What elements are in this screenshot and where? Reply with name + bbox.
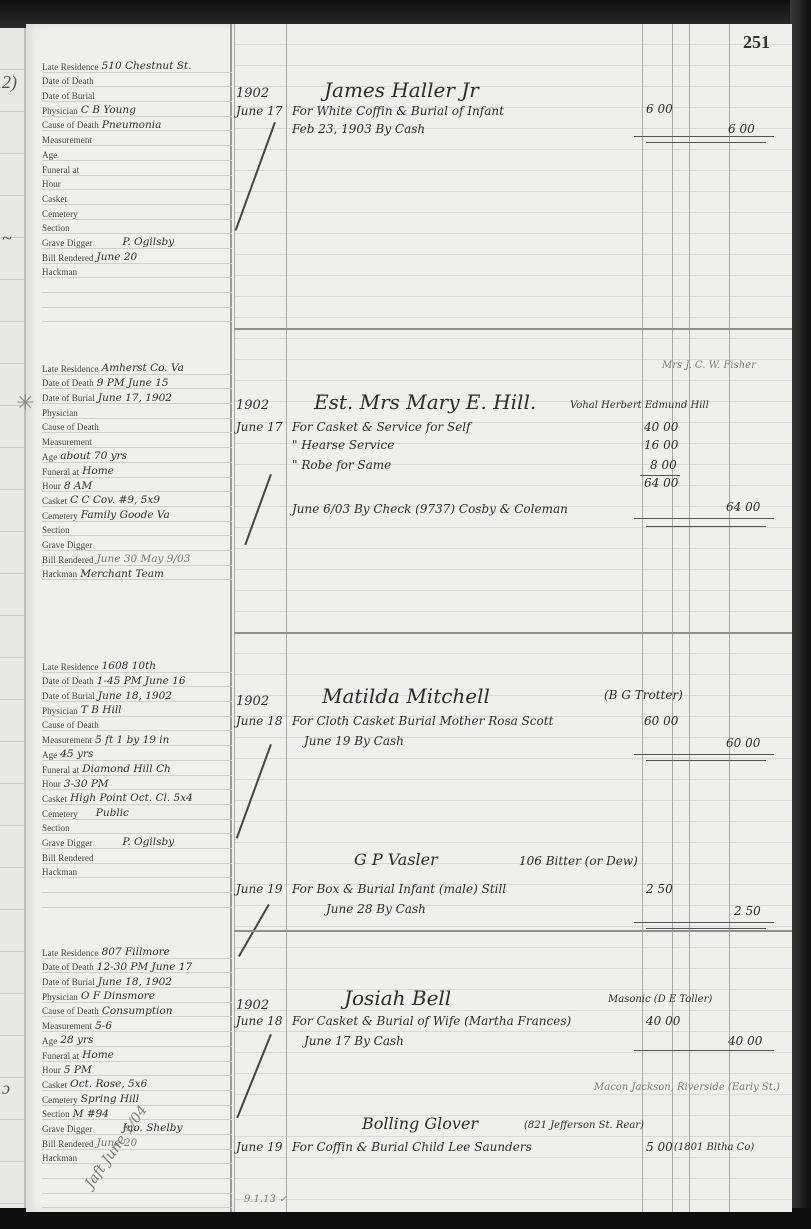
entry-credit: 6 00	[728, 122, 755, 136]
form-row-age: Age45 yrs	[42, 746, 232, 761]
date-column-rule	[234, 24, 235, 1212]
form-row-bill-rendered: Bill Rendered	[42, 849, 232, 864]
entry-annotation: (821 Jefferson St. Rear)	[524, 1120, 644, 1131]
entry-name: Matilda Mitchell	[322, 684, 490, 708]
form-row-age: Age	[42, 146, 232, 161]
entry-annotation: Masonic (D E Toller)	[608, 994, 712, 1005]
form-row-cemetery: CemeteryPublic	[42, 805, 232, 820]
entry-date: June 19	[236, 882, 282, 896]
entry-debit: 2 50	[646, 882, 673, 896]
entry-name: James Haller Jr	[324, 78, 479, 102]
entry-year: 1902	[236, 86, 269, 101]
entry-line-text: June 17 By Cash	[304, 1034, 404, 1048]
blank-row	[42, 278, 232, 293]
blank-row	[42, 1194, 232, 1209]
form-row-late-residence: Late Residence807 Fillmore	[42, 944, 232, 959]
form-row-hackman: HackmanMerchant Team	[42, 566, 232, 581]
prev-page-mark: ɔ	[2, 1078, 10, 1099]
form-row-date-of-death: Date of Death12-30 PM June 17	[42, 959, 232, 974]
form-row-cemetery: CemeteryFamily Goode Va	[42, 507, 232, 522]
paid-slash-mark	[235, 122, 276, 231]
entry-date: June 17	[236, 420, 282, 434]
form-row-grave-digger: Grave DiggerP. Ogilsby	[42, 834, 232, 849]
record-divider	[234, 930, 792, 932]
form-row-bill-rendered: Bill RenderedJune 20	[42, 1135, 232, 1150]
entry-name: G P Vasler	[354, 850, 438, 869]
form-row-measurement: Measurement	[42, 131, 232, 146]
entry-debit: 16 00	[644, 438, 678, 452]
form-row-cause-of-death: Cause of DeathConsumption	[42, 1003, 232, 1018]
form-row-date-of-burial: Date of BurialJune 18, 1902	[42, 973, 232, 988]
blank-row	[42, 293, 232, 308]
form-row-date-of-death: Date of Death1-45 PM June 16	[42, 673, 232, 688]
form-row-age: Ageabout 70 yrs	[42, 448, 232, 463]
balance-rule	[634, 1050, 774, 1051]
entry-annotation: Vohal Herbert Edmund Hill	[570, 400, 709, 411]
entry-debit: 60 00	[644, 714, 678, 728]
blank-row	[42, 893, 232, 908]
entry-credit-note: (1801 Bltha Co)	[674, 1142, 754, 1153]
record-form-2: Late ResidenceAmherst Co. Va Date of Dea…	[42, 360, 232, 580]
entry-debit: 40 00	[644, 420, 678, 434]
form-row-hackman: Hackman	[42, 264, 232, 279]
entry-line-text: For White Coffin & Burial of Infant	[292, 104, 504, 118]
form-row-casket: CasketC C Cov. #9, 5x9	[42, 492, 232, 507]
entry-line-text: Feb 23, 1903 By Cash	[292, 122, 425, 136]
prev-page-mark: 2)	[2, 72, 17, 93]
balance-rule	[646, 526, 766, 527]
entry-debit: 40 00	[646, 1014, 680, 1028]
entry-line-text: June 28 By Cash	[326, 902, 426, 916]
form-row-bill-rendered: Bill RenderedJune 30 May 9/03	[42, 551, 232, 566]
form-row-physician: PhysicianO F Dinsmore	[42, 988, 232, 1003]
entry-subtotal: 64 00	[644, 476, 678, 490]
blank-row	[42, 1164, 232, 1179]
entry-annotation: (B G Trotter)	[604, 688, 683, 702]
record-divider	[234, 328, 792, 330]
form-row-casket: Casket	[42, 190, 232, 205]
prev-page-mark: ~	[2, 228, 12, 249]
form-row-bill-rendered: Bill RenderedJune 20	[42, 249, 232, 264]
entry-line-text: For Casket & Service for Self	[292, 420, 471, 434]
record-forms-column: Late Residence510 Chestnut St. Date of D…	[26, 24, 232, 1212]
form-row-cause-of-death: Cause of Death	[42, 717, 232, 732]
entry-debit: 6 00	[646, 102, 673, 116]
pin-mark-icon: ✳	[16, 390, 34, 416]
entry-annotation-top: Macon Jackson, Riverside (Early St.)	[594, 1082, 780, 1093]
form-row-hackman: Hackman	[42, 864, 232, 879]
form-row-hackman: Hackman	[42, 1150, 232, 1165]
entry-debit: 5 00	[646, 1140, 673, 1154]
form-row-late-residence: Late ResidenceAmherst Co. Va	[42, 360, 232, 375]
blank-row	[42, 308, 232, 323]
record-form-3: Late Residence1608 10th Date of Death1-4…	[42, 658, 232, 908]
form-row-physician: PhysicianT B Hill	[42, 702, 232, 717]
entry-credit: 2 50	[734, 904, 761, 918]
form-row-date-of-burial: Date of Burial	[42, 87, 232, 102]
form-row-measurement: Measurement5-6	[42, 1017, 232, 1032]
entry-line-text: For Coffin & Burial Child Lee Saunders	[292, 1140, 532, 1154]
entry-annotation-top: Mrs J. C. W. Fisher	[662, 360, 756, 371]
entry-year: 1902	[236, 694, 269, 709]
balance-rule	[634, 754, 774, 755]
form-row-funeral-at: Funeral atHome	[42, 1047, 232, 1062]
entry-date: June 18	[236, 714, 282, 728]
debit-cents-rule	[672, 24, 673, 1212]
form-row-grave-digger: Grave Digger	[42, 536, 232, 551]
record-divider	[234, 632, 792, 634]
form-row-hour: Hour8 AM	[42, 478, 232, 493]
entry-year: 1902	[236, 998, 269, 1013]
blank-row	[42, 878, 232, 893]
description-column-rule	[286, 24, 287, 1212]
entry-line-text: For Box & Burial Infant (male) Still	[292, 882, 506, 896]
form-row-casket: CasketOct. Rose, 5x6	[42, 1076, 232, 1091]
balance-rule	[634, 922, 774, 923]
form-row-casket: CasketHigh Point Oct. Cl. 5x4	[42, 790, 232, 805]
debit-column-rule	[642, 24, 643, 1212]
form-row-funeral-at: Funeral atHome	[42, 463, 232, 478]
balance-rule	[634, 518, 774, 519]
entry-line-text: " Hearse Service	[292, 438, 394, 452]
form-row-grave-digger: Grave DiggerP. Ogilsby	[42, 234, 232, 249]
entry-credit: 40 00	[728, 1034, 762, 1048]
book-right-edge	[790, 0, 811, 1229]
form-row-physician: Physician	[42, 404, 232, 419]
entry-date: June 19	[236, 1140, 282, 1154]
ledger-accounts: 1902 James Haller Jr June 17 For White C…	[234, 24, 792, 1212]
entry-line-text: " Robe for Same	[292, 458, 391, 472]
paid-slash-mark	[244, 474, 272, 545]
page-number: 251	[743, 32, 770, 53]
record-form-4: Late Residence807 Fillmore Date of Death…	[42, 944, 232, 1208]
footer-check-note: 9.1.13 ✓	[244, 1194, 287, 1205]
form-row-section: Section	[42, 820, 232, 835]
entry-annotation: 106 Bitter (or Dew)	[519, 854, 638, 868]
previous-page-edge: 2) ~ ɔ	[0, 28, 26, 1208]
entry-credit: 60 00	[726, 736, 760, 750]
entry-credit: 64 00	[726, 500, 760, 514]
entry-year: 1902	[236, 398, 269, 413]
form-row-section: Section	[42, 220, 232, 235]
balance-rule	[646, 928, 766, 929]
late-residence-value: 510 Chestnut St.	[102, 61, 192, 72]
form-row-date-of-death: Date of Death	[42, 73, 232, 88]
form-row-hour: Hour	[42, 176, 232, 191]
form-row-measurement: Measurement	[42, 433, 232, 448]
form-row-funeral-at: Funeral at	[42, 161, 232, 176]
form-row-hour: Hour3-30 PM	[42, 776, 232, 791]
entry-line-text: For Casket & Burial of Wife (Martha Fran…	[292, 1014, 571, 1028]
blank-row	[42, 1179, 232, 1194]
entry-line-text: For Cloth Casket Burial Mother Rosa Scot…	[292, 714, 553, 728]
form-row-measurement: Measurement5 ft 1 by 19 in	[42, 731, 232, 746]
record-form-1: Late Residence510 Chestnut St. Date of D…	[42, 58, 232, 322]
form-row-hour: Hour5 PM	[42, 1062, 232, 1077]
form-row-funeral-at: Funeral atDiamond Hill Ch	[42, 761, 232, 776]
form-row-physician: PhysicianC B Young	[42, 102, 232, 117]
form-row-cemetery: Cemetery	[42, 205, 232, 220]
entry-line-text: June 19 By Cash	[304, 734, 404, 748]
ledger-page: Late Residence510 Chestnut St. Date of D…	[26, 24, 792, 1212]
form-row-age: Age28 yrs	[42, 1032, 232, 1047]
entry-name: Bolling Glover	[362, 1114, 478, 1133]
form-row-date-of-burial: Date of BurialJune 17, 1902	[42, 389, 232, 404]
credit-column-rule	[689, 24, 690, 1212]
paid-slash-mark	[236, 744, 272, 839]
form-row-cause-of-death: Cause of DeathPneumonia	[42, 117, 232, 132]
balance-rule	[646, 760, 766, 761]
entry-date: June 17	[236, 104, 282, 118]
entry-debit: 8 00	[650, 458, 677, 472]
form-row-date-of-burial: Date of BurialJune 18, 1902	[42, 687, 232, 702]
entry-name: Est. Mrs Mary E. Hill.	[314, 390, 536, 414]
balance-rule	[634, 136, 774, 137]
form-row-section: Section	[42, 522, 232, 537]
form-row-late-residence: Late Residence510 Chestnut St.	[42, 58, 232, 73]
form-row-cause-of-death: Cause of Death	[42, 419, 232, 434]
paid-slash-mark	[236, 1034, 272, 1118]
entry-name: Josiah Bell	[344, 986, 451, 1010]
entry-line-text: June 6/03 By Check (9737) Cosby & Colema…	[292, 502, 568, 516]
form-row-date-of-death: Date of Death9 PM June 15	[42, 375, 232, 390]
entry-date: June 18	[236, 1014, 282, 1028]
balance-rule	[646, 142, 766, 143]
form-row-late-residence: Late Residence1608 10th	[42, 658, 232, 673]
